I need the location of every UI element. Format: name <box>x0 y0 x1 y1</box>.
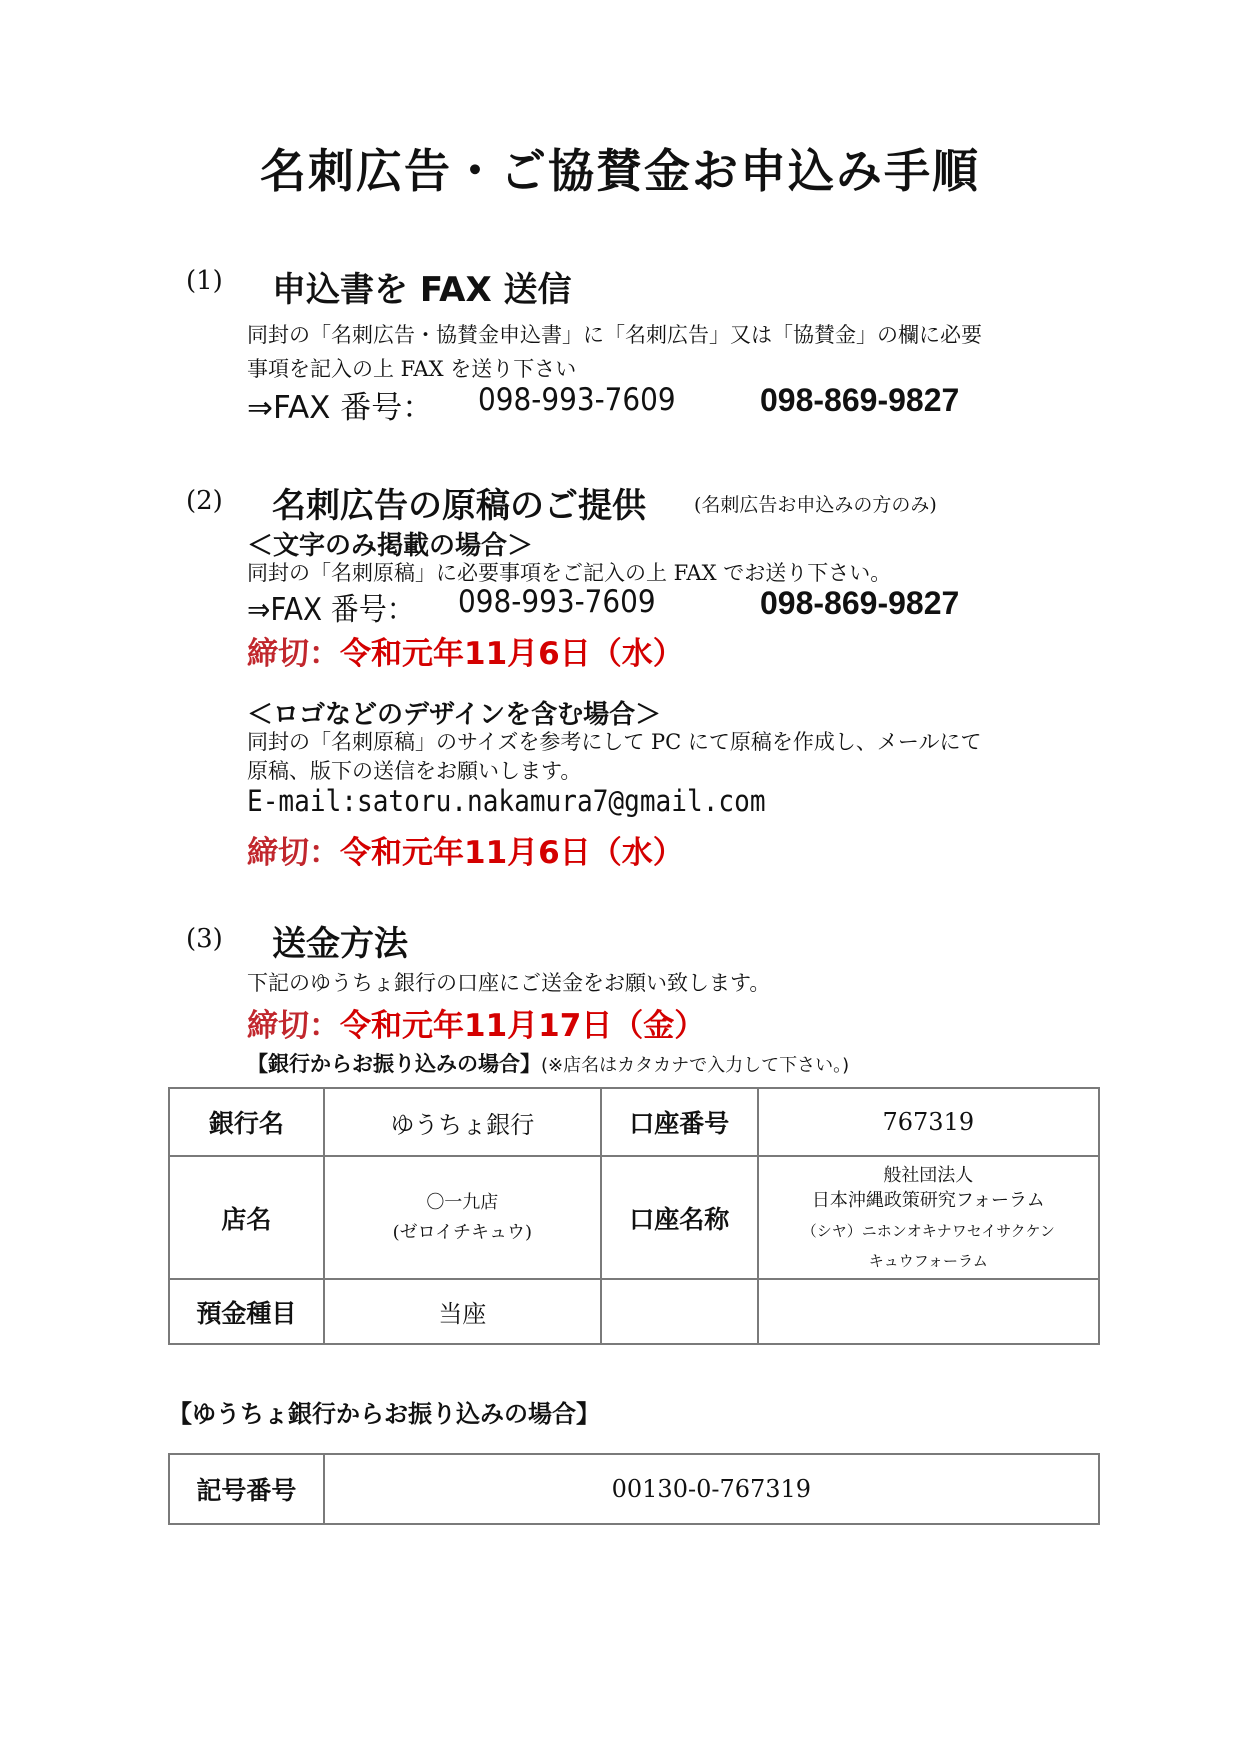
text-only-deadline: 締切：令和元年11月6日（水） <box>247 628 684 673</box>
deposit-type-value: 当座 <box>324 1279 601 1344</box>
empty-cell <box>758 1279 1099 1344</box>
fax-number-alt: 098-869-9827 <box>760 585 959 622</box>
deadline-label: 締切： <box>247 1008 340 1044</box>
section-1-line-1: 同封の「名刺広告・協賛金申込書」に「名刺広告」又は「協賛金」の欄に必要 <box>247 318 982 352</box>
fax-number: 098-993-7609 <box>478 382 676 418</box>
account-number-label: 口座番号 <box>601 1088 758 1156</box>
email-label: E-mail: <box>247 784 357 818</box>
branch-value: 〇一九店 (ゼロイチキュウ) <box>324 1156 601 1279</box>
account-kana-line-2: キュウフォーラム <box>759 1248 1098 1274</box>
email-link[interactable]: satoru.nakamura7@gmail.com <box>357 784 766 818</box>
section-1-heading: 申込書を FAX 送信 <box>272 262 572 311</box>
bank-name-value: ゆうちょ銀行 <box>324 1088 601 1156</box>
section-3-heading: 送金方法 <box>272 916 408 965</box>
deadline-date: 令和元年11月6日（水） <box>340 835 684 871</box>
bank-transfer-heading: 【銀行からお振り込みの場合】 <box>247 1052 541 1076</box>
account-name-value: 般社団法人 日本沖縄政策研究フォーラム （シヤ）ニホンオキナワセイサクケン キュ… <box>758 1156 1099 1279</box>
account-kana-line-1: （シヤ）ニホンオキナワセイサクケン <box>759 1214 1098 1248</box>
fax-label: ⇒FAX 番号： <box>247 390 433 426</box>
email-row: E-mail:satoru.nakamura7@gmail.com <box>247 784 766 818</box>
branch-label: 店名 <box>169 1156 324 1279</box>
section-1-line-2: 事項を記入の上 FAX を送り下さい <box>247 352 576 386</box>
bank-transfer-heading-row: 【銀行からお振り込みの場合】(※店名はカタカナで入力して下さい。) <box>247 1048 849 1078</box>
account-number-value: 767319 <box>758 1088 1099 1156</box>
section-3-line: 下記のゆうちょ銀行の口座にご送金をお願い致します。 <box>247 966 770 1000</box>
branch-kana: (ゼロイチキュウ) <box>325 1218 600 1248</box>
page-title: 名刺広告・ご協賛金お申込み手順 <box>0 135 1240 201</box>
fax-label: ⇒FAX 番号： <box>247 584 415 629</box>
code-label: 記号番号 <box>169 1454 324 1524</box>
empty-cell <box>601 1279 758 1344</box>
table-row: 店名 〇一九店 (ゼロイチキュウ) 口座名称 般社団法人 日本沖縄政策研究フォー… <box>169 1156 1099 1279</box>
deadline-label: 締切： <box>247 835 340 871</box>
bank-transfer-note: (※店名はカタカナで入力して下さい。) <box>541 1055 849 1076</box>
account-name-label: 口座名称 <box>601 1156 758 1279</box>
code-value: 00130-0-767319 <box>324 1454 1099 1524</box>
section-2-note: (名刺広告お申込みの方のみ) <box>694 490 937 517</box>
yucho-code-table: 記号番号 00130-0-767319 <box>168 1453 1100 1525</box>
with-logo-deadline: 締切：令和元年11月6日（水） <box>247 827 684 872</box>
deposit-type-label: 預金種目 <box>169 1279 324 1344</box>
account-name-line-1: 般社団法人 <box>759 1164 1098 1188</box>
with-logo-line-2: 原稿、版下の送信をお願いします。 <box>247 754 581 788</box>
section-1-number: (1) <box>186 266 223 296</box>
deadline-label: 締切： <box>247 636 340 672</box>
table-row: 記号番号 00130-0-767319 <box>169 1454 1099 1524</box>
section-1-fax-row: ⇒FAX 番号： <box>247 382 433 427</box>
bank-name-label: 銀行名 <box>169 1088 324 1156</box>
account-name-line-2: 日本沖縄政策研究フォーラム <box>759 1188 1098 1214</box>
remittance-deadline: 締切：令和元年11月17日（金） <box>247 1000 705 1045</box>
section-2-heading: 名刺広告の原稿のご提供 <box>272 478 646 527</box>
fax-number: 098-993-7609 <box>458 584 656 620</box>
section-2-number: (2) <box>186 486 223 516</box>
bank-account-table: 銀行名 ゆうちょ銀行 口座番号 767319 店名 〇一九店 (ゼロイチキュウ)… <box>168 1087 1100 1345</box>
yucho-transfer-heading: 【ゆうちょ銀行からお振り込みの場合】 <box>168 1394 600 1429</box>
deadline-date: 令和元年11月6日（水） <box>340 636 684 672</box>
table-row: 銀行名 ゆうちょ銀行 口座番号 767319 <box>169 1088 1099 1156</box>
table-row: 預金種目 当座 <box>169 1279 1099 1344</box>
section-3-number: (3) <box>186 924 223 954</box>
deadline-date: 令和元年11月17日（金） <box>340 1008 705 1044</box>
branch-name: 〇一九店 <box>325 1188 600 1218</box>
fax-number-alt: 098-869-9827 <box>760 382 959 419</box>
